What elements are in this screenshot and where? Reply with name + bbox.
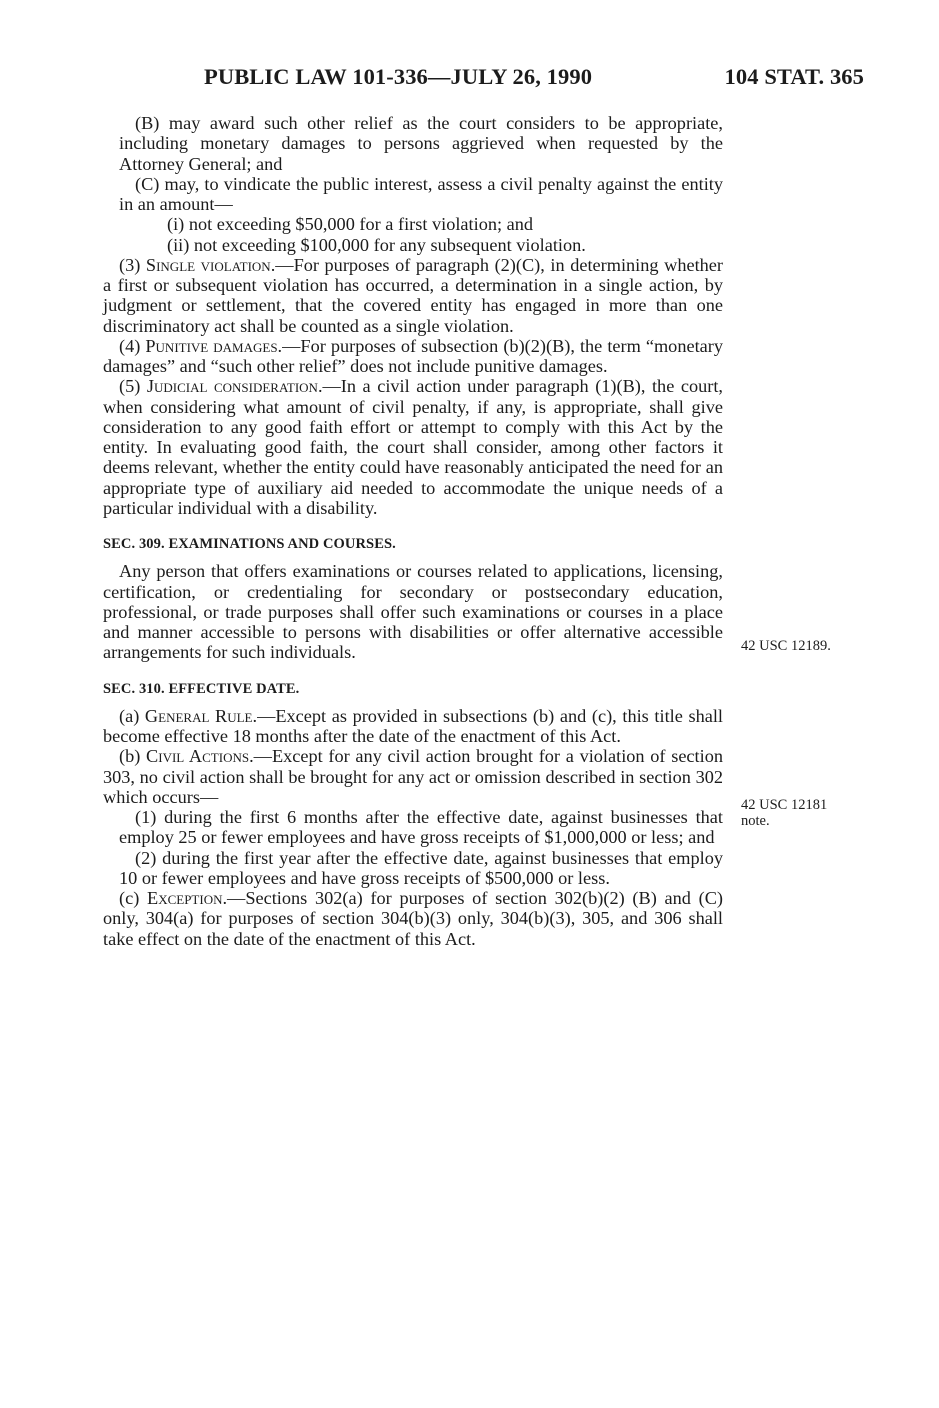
paragraph-heading: Single violation.: [146, 255, 275, 275]
page-header: PUBLIC LAW 101-336—JULY 26, 1990 104 STA…: [204, 64, 864, 94]
subsection-heading: Civil Actions.: [146, 746, 254, 766]
margin-note-sec310: 42 USC 12181 note.: [741, 797, 827, 829]
paragraph-number: (4): [119, 336, 140, 356]
clause-ii: (ii) not exceeding $100,000 for any subs…: [103, 235, 723, 255]
paragraph-number: (3): [119, 255, 140, 275]
subsection-number: (c): [119, 888, 139, 908]
clause-i: (i) not exceeding $50,000 for a first vi…: [87, 214, 723, 234]
page-body: (B) may award such other relief as the c…: [103, 113, 723, 949]
subsection-b-item-1: (1) during the first 6 months after the …: [103, 807, 723, 848]
page-reference: 104 STAT. 365: [725, 64, 864, 90]
subsection-number: (a): [119, 706, 139, 726]
subsection-a: (a) General Rule.—Except as provided in …: [103, 706, 723, 747]
paragraph-3: (3) Single violation.—For purposes of pa…: [103, 255, 723, 336]
margin-note-line: 42 USC 12181: [741, 797, 827, 813]
margin-note-sec309: 42 USC 12189.: [741, 638, 831, 654]
subsection-c: (c) Exception.—Sections 302(a) for purpo…: [103, 888, 723, 949]
paragraph-B: (B) may award such other relief as the c…: [87, 113, 723, 174]
paragraph-text: —In a civil action under paragraph (1)(B…: [103, 376, 723, 518]
paragraph-C: (C) may, to vindicate the public interes…: [103, 174, 723, 215]
subsection-heading: General Rule.: [145, 706, 257, 726]
paragraph-heading: Judicial consideration.: [147, 376, 323, 396]
paragraph-4: (4) Punitive damages.—For purposes of su…: [103, 336, 723, 377]
section-310-heading: SEC. 310. EFFECTIVE DATE.: [103, 679, 723, 699]
running-title: PUBLIC LAW 101-336—JULY 26, 1990: [204, 64, 592, 90]
paragraph-number: (5): [119, 376, 140, 396]
document-page: PUBLIC LAW 101-336—JULY 26, 1990 104 STA…: [0, 0, 939, 1408]
paragraph-5: (5) Judicial consideration.—In a civil a…: [103, 376, 723, 518]
section-309-text: Any person that offers examinations or c…: [103, 561, 723, 662]
subsection-heading: Exception.: [147, 888, 227, 908]
subsection-b: (b) Civil Actions.—Except for any civil …: [103, 746, 723, 807]
paragraph-heading: Punitive damages.: [145, 336, 282, 356]
section-309-heading: SEC. 309. EXAMINATIONS AND COURSES.: [103, 534, 723, 554]
subsection-b-item-2: (2) during the first year after the effe…: [103, 848, 723, 889]
margin-note-line: note.: [741, 813, 827, 829]
subsection-number: (b): [119, 746, 140, 766]
